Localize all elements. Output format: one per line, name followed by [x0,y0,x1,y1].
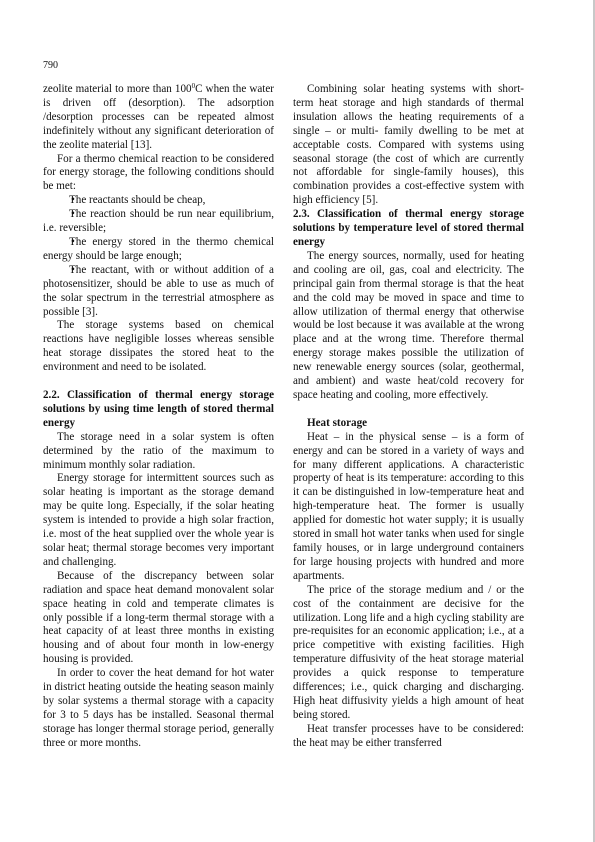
spacer [43,375,274,389]
bullet-item: •The reactant, with or without addition … [43,264,274,320]
paragraph: The energy sources, normally, used for h… [293,250,524,403]
spacer [293,403,524,417]
bullet-icon: • [57,236,69,250]
paragraph: Heat – in the physical sense – is a form… [293,431,524,584]
paragraph: In order to cover the heat demand for ho… [43,667,274,750]
subsection-heading: Heat storage [293,417,524,431]
paragraph: For a thermo chemical reaction to be con… [43,153,274,195]
bullet-item: •The reactants should be cheap, [43,194,274,208]
bullet-icon: • [57,264,69,278]
section-heading: 2.3. Classification of thermal energy st… [293,208,524,250]
bullet-text: The reaction should be run near equilibr… [43,208,274,234]
paragraph: The price of the storage medium and / or… [293,584,524,723]
bullet-text: The reactant, with or without addition o… [43,264,274,318]
bullet-item: •The reaction should be run near equilib… [43,208,274,236]
section-heading: 2.2. Classification of thermal energy st… [43,389,274,431]
bullet-item: •The energy stored in the thermo chemica… [43,236,274,264]
paragraph: Combining solar heating systems with sho… [293,83,524,208]
text: zeolite material to more than 100 [43,83,192,95]
right-column: Combining solar heating systems with sho… [293,83,524,751]
paragraph: zeolite material to more than 1000C when… [43,83,274,153]
page-number: 790 [43,60,58,72]
left-column: zeolite material to more than 1000C when… [43,83,274,751]
bullet-text: The energy stored in the thermo chemical… [43,236,274,262]
paragraph: Because of the discrepancy between solar… [43,570,274,667]
bullet-icon: • [57,208,69,222]
paragraph: The storage systems based on chemical re… [43,319,274,375]
bullet-text: The reactants should be cheap, [69,194,205,206]
paragraph: Energy storage for intermittent sources … [43,472,274,569]
bullet-icon: • [57,194,69,208]
paragraph: The storage need in a solar system is of… [43,431,274,473]
paragraph: Heat transfer processes have to be consi… [293,723,524,751]
